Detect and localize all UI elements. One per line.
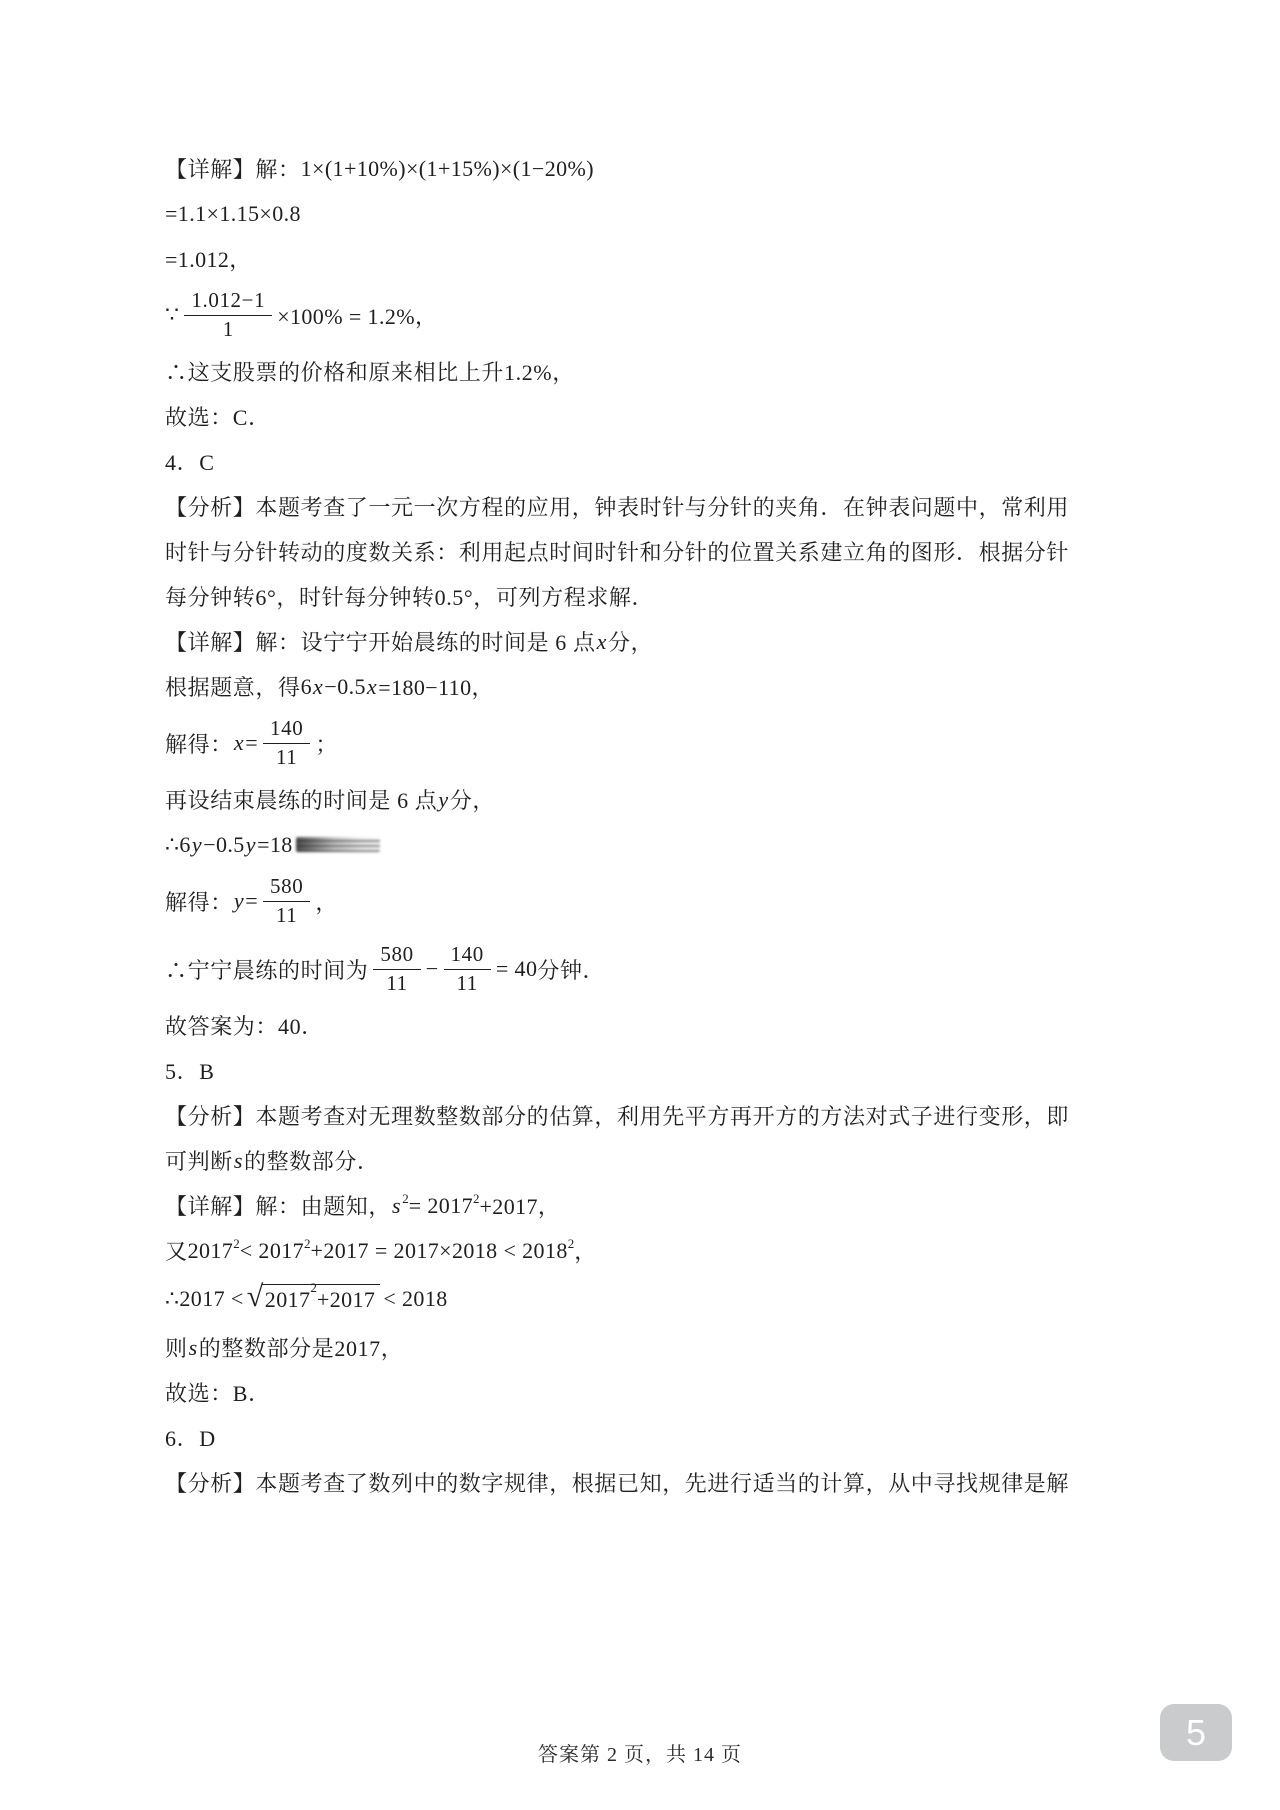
document-body: 【详解】解：1×(1+10%)×(1+15%)×(1−20%)=1.1×1.15… bbox=[165, 146, 1145, 1505]
text-run: 又 bbox=[165, 1235, 188, 1266]
math-variable: x bbox=[233, 730, 245, 756]
fraction-denominator: 1 bbox=[223, 316, 234, 341]
math-variable: s bbox=[188, 1335, 199, 1361]
math-run: ∵ bbox=[165, 302, 179, 328]
math-run: ∴2017 < bbox=[165, 1286, 244, 1312]
math-variable: y bbox=[437, 787, 449, 813]
fraction: 58011 bbox=[263, 875, 310, 926]
document-line: =1.1×1.15×0.8 bbox=[165, 191, 1145, 236]
document-line: 【分析】本题考查了一元一次方程的应用，钟表时针与分针的夹角．在钟表问题中，常利用 bbox=[165, 484, 1145, 529]
text-run: 故选：B． bbox=[165, 1377, 271, 1408]
document-line: 【详解】解：由题知，s2 = 20172+2017， bbox=[165, 1183, 1145, 1228]
math-run: = 2017 bbox=[409, 1193, 473, 1219]
document-line: 解得：y=58011， bbox=[165, 867, 1145, 935]
math-run: < 2017 bbox=[240, 1238, 304, 1264]
fraction-denominator: 11 bbox=[276, 902, 297, 927]
document-line: 故答案为：40． bbox=[165, 1003, 1145, 1048]
page-number-badge: 5 bbox=[1160, 1704, 1232, 1761]
document-line: 【分析】本题考查对无理数整数部分的估算，利用先平方再开方的方法对式子进行变形，即 bbox=[165, 1093, 1145, 1138]
fraction-numerator: 140 bbox=[263, 717, 310, 743]
document-line: 【详解】解：1×(1+10%)×(1+15%)×(1−20%) bbox=[165, 146, 1145, 191]
math-run: 2017 bbox=[265, 1287, 311, 1312]
text-run: 【分析】本题考查对无理数整数部分的估算，利用先平方再开方的方法对式子进行变形，即 bbox=[165, 1100, 1069, 1131]
square-root: √20172+2017 bbox=[247, 1284, 381, 1314]
document-line: 4．C bbox=[165, 439, 1145, 484]
fraction-numerator: 1.012−1 bbox=[184, 289, 272, 315]
math-run: =180−110， bbox=[378, 671, 494, 702]
math-run: −0.5 bbox=[203, 832, 245, 858]
document-line: 再设结束晨练的时间是 6 点y分， bbox=[165, 777, 1145, 822]
fraction-denominator: 11 bbox=[386, 970, 407, 995]
math-run: = 40 bbox=[496, 956, 538, 982]
fraction-denominator: 11 bbox=[276, 744, 297, 769]
document-line: 又20172 < 20172+2017 = 2017×2018 < 20182， bbox=[165, 1228, 1145, 1273]
math-run: = bbox=[245, 888, 258, 914]
text-run: 6．D bbox=[165, 1422, 216, 1453]
fraction: 14011 bbox=[263, 717, 310, 768]
text-run: 时针与分针转动的度数关系：利用起点时间时针和分针的位置关系建立角的图形．根据分针 bbox=[165, 536, 1069, 567]
document-line: 解得：x=14011； bbox=[165, 709, 1145, 777]
math-run: +2017， bbox=[480, 1190, 561, 1221]
superscript: 2 bbox=[310, 1280, 317, 1295]
document-line: 【详解】解：设宁宁开始晨练的时间是 6 点x分， bbox=[165, 619, 1145, 664]
math-variable: x bbox=[312, 674, 324, 700]
text-run: 的整数部分． bbox=[244, 1145, 380, 1176]
document-line: 5．B bbox=[165, 1048, 1145, 1093]
text-run: 【详解】解：设宁宁开始晨练的时间是 6 点 bbox=[165, 626, 596, 657]
text-run: 【详解】解： bbox=[165, 153, 301, 184]
text-run: 故选：C． bbox=[165, 401, 271, 432]
fraction-denominator: 11 bbox=[456, 970, 477, 995]
fraction-numerator: 140 bbox=[444, 943, 491, 969]
math-run: +2017 = 2017×2018 < 2018 bbox=[311, 1238, 568, 1264]
math-variable: x bbox=[596, 629, 608, 655]
text-run: 解得： bbox=[165, 728, 233, 759]
text-run: 可判断 bbox=[165, 1145, 233, 1176]
radical-symbol: √ bbox=[247, 1282, 264, 1312]
text-run: 【详解】解：由题知， bbox=[165, 1190, 391, 1221]
math-run: =1.012， bbox=[165, 243, 252, 274]
document-line: ∵1.012−11×100% = 1.2%， bbox=[165, 281, 1145, 349]
document-line: 故选：B． bbox=[165, 1370, 1145, 1415]
fraction: 14011 bbox=[444, 943, 491, 994]
fraction: 1.012−11 bbox=[184, 289, 272, 340]
math-run: 6 bbox=[301, 674, 312, 700]
document-line: 故选：C． bbox=[165, 394, 1145, 439]
math-run: ， bbox=[574, 1235, 596, 1266]
math-variable: y bbox=[191, 832, 203, 858]
text-run: 故答案为：40． bbox=[165, 1010, 324, 1041]
text-run: 再设结束晨练的时间是 6 点 bbox=[165, 784, 437, 815]
math-run: =1.1×1.15×0.8 bbox=[165, 201, 301, 227]
text-run: 每分钟转6°，时针每分钟转0.5°，可列方程求解． bbox=[165, 581, 654, 612]
text-run: ∴宁宁晨练的时间为 bbox=[165, 954, 368, 985]
math-variable: x bbox=[366, 674, 378, 700]
math-run: −0.5 bbox=[324, 674, 366, 700]
document-line: 每分钟转6°，时针每分钟转0.5°，可列方程求解． bbox=[165, 574, 1145, 619]
math-run: =18 bbox=[257, 832, 293, 858]
text-run: 【分析】本题考查了一元一次方程的应用，钟表时针与分针的夹角．在钟表问题中，常利用 bbox=[165, 491, 1069, 522]
document-line: 【分析】本题考查了数列中的数字规律，根据已知，先进行适当的计算，从中寻找规律是解 bbox=[165, 1460, 1145, 1505]
document-line: 则s的整数部分是2017， bbox=[165, 1325, 1145, 1370]
redaction-blur bbox=[296, 837, 380, 852]
math-run: +2017 bbox=[317, 1287, 375, 1312]
fraction: 58011 bbox=[373, 943, 420, 994]
math-variable: y bbox=[233, 888, 245, 914]
document-line: ∴宁宁晨练的时间为58011−14011= 40分钟． bbox=[165, 935, 1145, 1003]
math-run: ∴6 bbox=[165, 832, 191, 858]
fraction-numerator: 580 bbox=[373, 943, 420, 969]
page-footer: 答案第 2 页，共 14 页 bbox=[0, 1738, 1280, 1767]
math-run: < 2018 bbox=[383, 1286, 447, 1312]
math-run: 1×(1+10%)×(1+15%)×(1−20%) bbox=[301, 156, 594, 182]
text-run: 则 bbox=[165, 1332, 188, 1363]
document-line: 根据题意，得6x−0.5x=180−110， bbox=[165, 664, 1145, 709]
fraction-numerator: 580 bbox=[263, 875, 310, 901]
math-run: ； bbox=[315, 728, 337, 759]
document-line: ∴6y−0.5y=18 bbox=[165, 822, 1145, 867]
document-line: 可判断s的整数部分． bbox=[165, 1138, 1145, 1183]
document-line: 时针与分针转动的度数关系：利用起点时间时针和分针的位置关系建立角的图形．根据分针 bbox=[165, 529, 1145, 574]
document-line: ∴这支股票的价格和原来相比上升1.2%， bbox=[165, 349, 1145, 394]
document-line: 6．D bbox=[165, 1415, 1145, 1460]
math-variable: s bbox=[233, 1148, 244, 1174]
math-run: ×100% = 1.2%， bbox=[277, 300, 437, 331]
text-run: 分钟． bbox=[537, 954, 605, 985]
document-line: ∴2017 < √20172+2017 < 2018 bbox=[165, 1273, 1145, 1325]
text-run: 分， bbox=[450, 784, 495, 815]
text-run: 【分析】本题考查了数列中的数字规律，根据已知，先进行适当的计算，从中寻找规律是解 bbox=[165, 1467, 1069, 1498]
radicand: 20172+2017 bbox=[262, 1284, 381, 1313]
text-run: 的整数部分是2017， bbox=[199, 1332, 404, 1363]
math-run: = bbox=[245, 730, 258, 756]
text-run: 解得： bbox=[165, 886, 233, 917]
text-run: 4．C bbox=[165, 446, 214, 477]
math-run: ， bbox=[315, 886, 337, 917]
math-run: − bbox=[426, 956, 439, 982]
text-run: 分， bbox=[608, 626, 653, 657]
text-run: 5．B bbox=[165, 1055, 214, 1086]
document-line: =1.012， bbox=[165, 236, 1145, 281]
text-run: ∴这支股票的价格和原来相比上升1.2%， bbox=[165, 356, 575, 387]
math-variable: s bbox=[391, 1193, 402, 1219]
math-variable: y bbox=[245, 832, 257, 858]
math-run: 2017 bbox=[188, 1238, 234, 1264]
text-run: 根据题意，得 bbox=[165, 671, 301, 702]
